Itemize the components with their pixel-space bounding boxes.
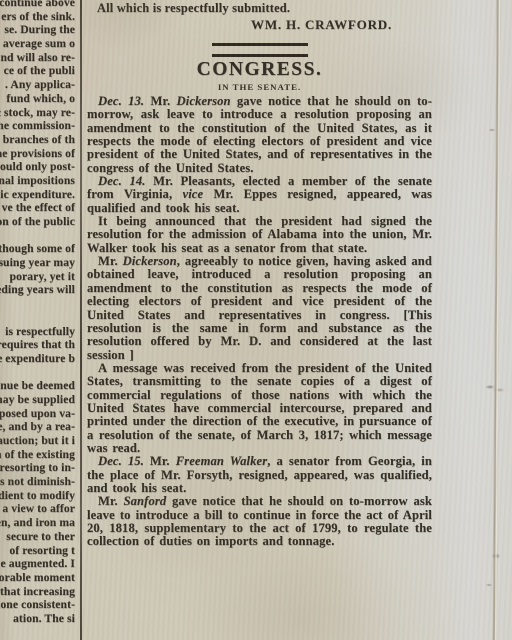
body-paragraph: Dec. 14. Mr. Pleasants, elected a member… (87, 175, 432, 215)
newspaper-page-scan: continue aboveers of the sink.se. During… (0, 0, 512, 640)
left-column-line: would only post- (0, 160, 77, 174)
left-column-line (0, 229, 77, 243)
main-column: All which is respectfully submitted. WM.… (87, 0, 432, 549)
left-column-line: nd will also re- (0, 51, 77, 65)
left-column-line (0, 366, 77, 380)
left-column-line: branches of th (0, 133, 77, 147)
left-column-line: the commission- (0, 119, 77, 133)
left-column-line: n of the existing (0, 448, 77, 462)
body-paragraph: Mr. Dickerson, agreeably to notice given… (87, 255, 432, 362)
left-column-line: average sum o (0, 37, 77, 51)
left-column-line: lic expenditure. (0, 188, 77, 202)
left-column-line: lthough some of (0, 242, 77, 256)
left-column-line (0, 311, 77, 325)
left-column-line: se. During the (0, 23, 77, 37)
left-column-line: eeding years will (0, 283, 77, 297)
left-column-line: nay be supplied (0, 393, 77, 407)
left-column-line: vorable moment (0, 571, 77, 585)
left-column-line: is not diminish- (0, 475, 77, 489)
left-column-line: onal impositions (0, 174, 77, 188)
left-column-line: e expenditure b (0, 352, 77, 366)
left-column-line (0, 297, 77, 311)
body-paragraph: Dec. 13. Mr. Dickerson gave notice that … (87, 95, 432, 175)
left-column-line: of resorting t (0, 544, 77, 558)
left-column-line: is respectfully (0, 325, 77, 339)
submitted-line: All which is respectfully submitted. (87, 0, 432, 16)
congress-headline: CONGRESS. (87, 59, 432, 81)
in-the-senate-subheading: IN THE SENATE. (87, 82, 432, 92)
left-column-line: that increasing (0, 585, 77, 599)
left-column-line: ers of the sink. (0, 10, 77, 24)
left-column-line: fund which, o (0, 92, 77, 106)
left-column-line: a view to affor (0, 502, 77, 516)
column-divider-rule (80, 0, 82, 640)
left-column-line: en, and iron ma (0, 516, 77, 530)
body-paragraph: Mr. Sanford gave notice that he should o… (87, 495, 432, 548)
body-paragraph: It being announced that the president ha… (87, 215, 432, 255)
left-column-line: porary, yet it (0, 270, 77, 284)
left-column-line: dient to modify (0, 489, 77, 503)
left-column-line: . Any applica- (0, 78, 77, 92)
left-column-line: ze, and by a rea- (0, 420, 77, 434)
left-column-text: continue aboveers of the sink.se. During… (0, 0, 77, 640)
left-column-line: on of the public (0, 215, 77, 229)
body-paragraph: A message was received from the presiden… (87, 362, 432, 455)
senate-proceedings-text: Dec. 13. Mr. Dickerson gave notice that … (87, 95, 432, 549)
left-column-line: f resorting to in- (0, 461, 77, 475)
left-column-line: auction; but it i (0, 434, 77, 448)
left-column-line: c stock, may re- (0, 106, 77, 120)
left-column-line: nposed upon va- (0, 407, 77, 421)
body-paragraph: Dec. 15. Mr. Freeman Walker, a senator f… (87, 455, 432, 495)
left-column-line: continue above (0, 0, 77, 10)
page-margin (432, 0, 512, 640)
left-column-line: e augmented. I (0, 557, 77, 571)
left-column-line: ce of the publi (0, 64, 77, 78)
left-column-line: nsuing year may (0, 256, 77, 270)
left-column-line: he provisions of (0, 147, 77, 161)
section-divider-rule (212, 43, 308, 57)
left-column-line: enue be deemed (0, 379, 77, 393)
page-fold-edge (492, 0, 501, 640)
left-column-line: ation. The si (0, 612, 77, 626)
left-column-line: secure to ther (0, 530, 77, 544)
left-column-line: lone consistent- (0, 598, 77, 612)
signature-crawford: WM. H. CRAWFORD. (87, 17, 432, 33)
left-column-line: requires that th (0, 338, 77, 352)
left-column-line: ve the effect of (0, 201, 77, 215)
